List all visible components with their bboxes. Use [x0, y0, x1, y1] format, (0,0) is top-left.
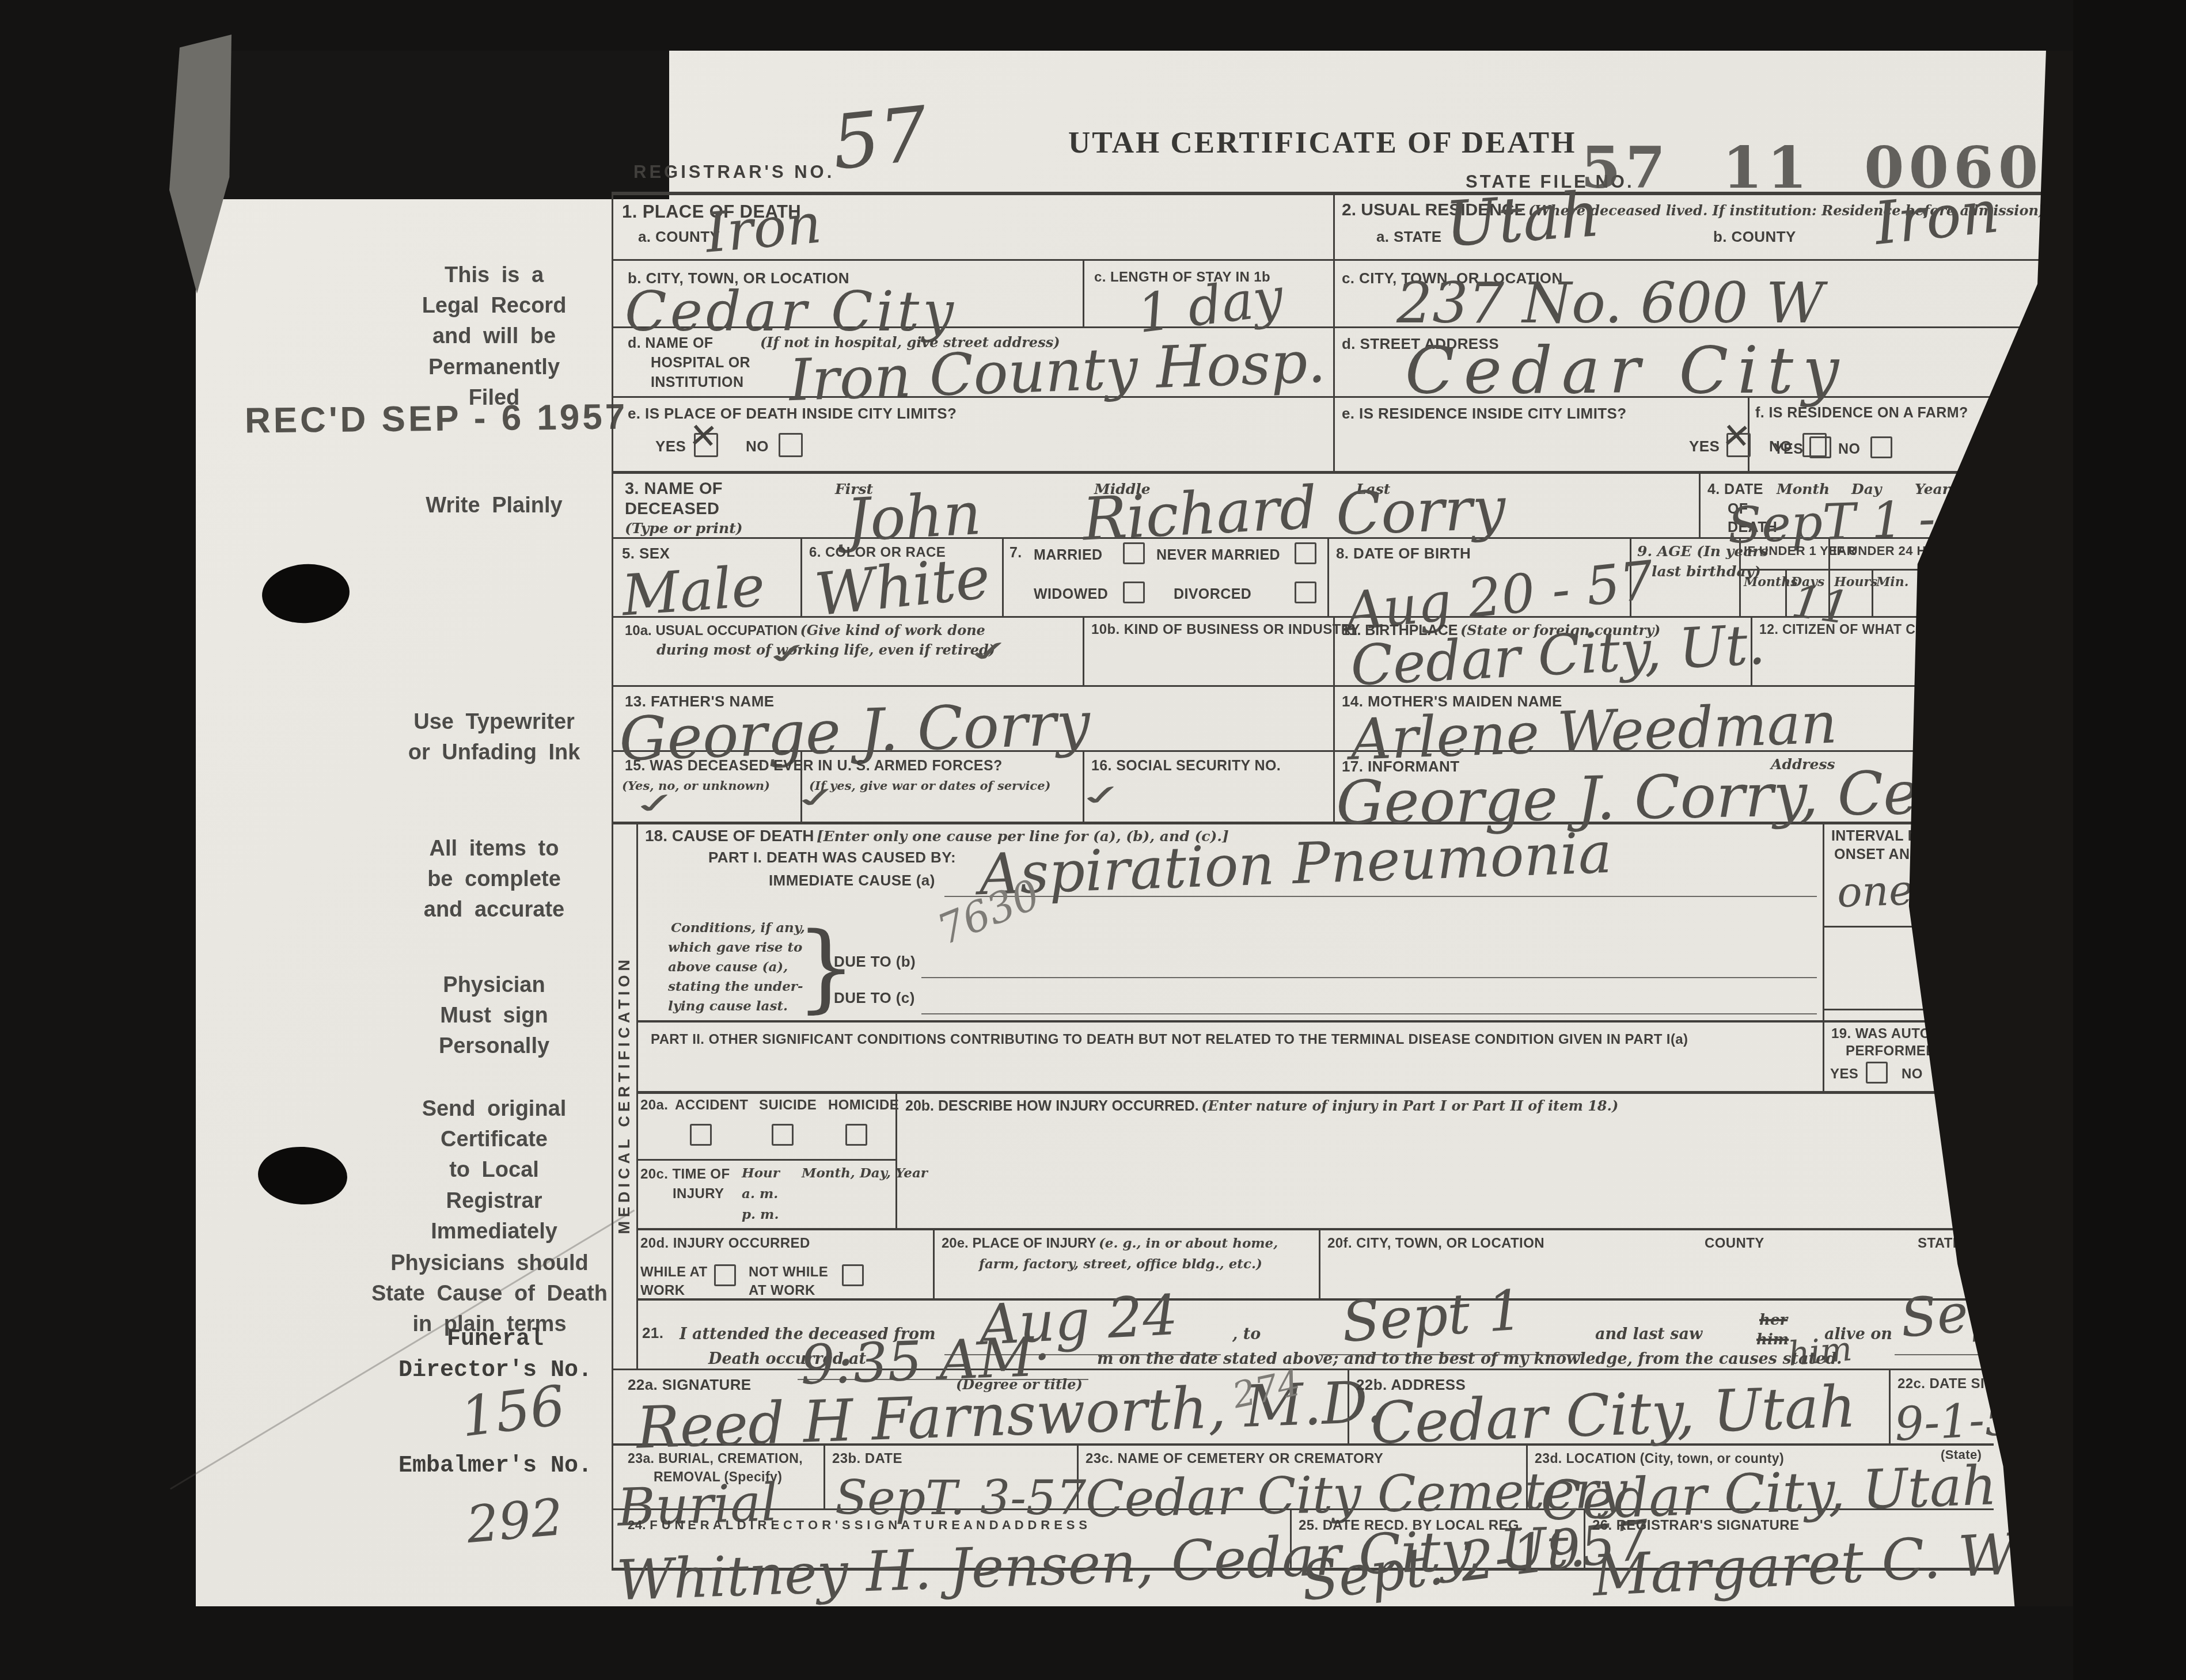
grid-line	[1083, 616, 1084, 685]
x-mark-2e-yes: ✕	[1721, 418, 1752, 454]
field-20c-label-1: 20c. TIME OF	[640, 1166, 730, 1183]
field-3-hint: (Type or print)	[625, 520, 743, 537]
registrar-no-label: REGISTRAR'S NO.	[633, 162, 834, 183]
field-1e-label: e. IS PLACE OF DEATH INSIDE CITY LIMITS?	[628, 405, 957, 423]
send-original-note: Send original Certificate to Local Regis…	[373, 1094, 615, 1247]
conditions-note-line: which gave rise to	[668, 940, 802, 955]
grid-line	[1333, 750, 1335, 822]
suicide-label: SUICIDE	[759, 1097, 817, 1113]
field-1d-value: Iron County Hosp.	[788, 333, 1327, 409]
field-20a-num: 20a.	[640, 1097, 668, 1113]
grid-line	[800, 537, 802, 616]
field-1d-label-1: d. NAME OF	[628, 335, 713, 352]
hour-label: Hour	[742, 1165, 780, 1181]
grid-line	[933, 1228, 935, 1298]
months-label: Months	[1744, 575, 1798, 590]
field-23b-value: SepT. 3-57	[835, 1475, 1086, 1522]
conditions-note-line: Conditions, if any,	[671, 920, 805, 936]
field-3-title-1: 3. NAME OF	[625, 480, 723, 499]
field-2d-value: Cedar City	[1405, 339, 1848, 403]
field-10a-label: 10a. USUAL OCCUPATION	[625, 623, 798, 638]
attended-text-4: m on the date stated above; and to the b…	[1097, 1350, 1842, 1368]
first-name-value: John	[845, 485, 982, 550]
attended-to-value: Sept 1	[1340, 1282, 1524, 1350]
field-2e-label: e. IS RESIDENCE INSIDE CITY LIMITS?	[1342, 405, 1627, 423]
struck-pronoun: her	[1759, 1312, 1787, 1329]
field-10a-hint-2: during most of working life, even if ret…	[656, 641, 995, 658]
homicide-label: HOMICIDE	[828, 1097, 899, 1113]
field-2b-value: Iron	[1872, 183, 2002, 254]
checkbox-homicide	[845, 1124, 867, 1146]
grid-line	[612, 259, 2041, 261]
checkbox-1e-no	[779, 433, 803, 457]
am-label: a. m.	[742, 1186, 778, 1202]
grid-line	[612, 192, 2041, 195]
grid-line	[1083, 259, 1084, 326]
field-23b-label: 23b. DATE	[832, 1451, 902, 1467]
checkbox-2f-no	[1870, 436, 1892, 458]
never-married-label: NEVER MARRIED	[1156, 547, 1280, 564]
widowed-label: WIDOWED	[1034, 586, 1108, 603]
registrar-no-value: 57	[829, 96, 931, 181]
while-at-work-label-2: WORK	[640, 1283, 685, 1299]
not-while-label-2: AT WORK	[749, 1283, 815, 1299]
part1-label: PART I. DEATH WAS CAUSED BY:	[708, 849, 956, 866]
attended-to-label: , to	[1232, 1325, 1261, 1343]
scan-shadow-top	[196, 51, 669, 199]
grid-line	[1823, 822, 1824, 1091]
field-10a-hint-1: (Give kind of work done	[800, 622, 985, 638]
grid-line	[612, 471, 2041, 474]
grid-line	[1319, 1228, 1320, 1298]
field-24-label: 24. F U N E R A L D I R E C T O R ' S S …	[628, 1518, 1087, 1533]
field-6-value: White	[813, 548, 993, 625]
grid-line	[636, 1228, 1994, 1230]
grid-line	[1889, 1369, 1891, 1443]
conditions-note-line: stating the under-	[668, 979, 803, 994]
funeral-director-no-value: 156	[458, 1378, 568, 1445]
grid-line	[1699, 471, 1701, 538]
field-4-label-1: 4. DATE	[1707, 481, 1763, 498]
checkbox-never-married	[1295, 542, 1316, 564]
physician-sign-note: Physician Must sign Personally	[373, 970, 615, 1062]
grid-line	[636, 1159, 895, 1161]
checkbox-suicide	[772, 1124, 794, 1146]
checkbox-accident	[690, 1124, 712, 1146]
due-to-b-label: DUE TO (b)	[834, 953, 916, 971]
field-2a-value: Utah	[1444, 184, 1602, 256]
yes-label: YES	[1830, 1066, 1858, 1082]
field-1d-label-3: INSTITUTION	[651, 374, 743, 391]
no-label: NO	[746, 438, 769, 455]
field-2c-value: 237 No. 600 W	[1396, 275, 1824, 332]
month-day-year-label: Month, Day, Year	[802, 1165, 928, 1181]
checkbox-2f-yes	[1809, 436, 1831, 458]
accident-label: ACCIDENT	[675, 1097, 748, 1113]
checkbox-divorced	[1295, 581, 1316, 603]
field-20d-label: 20d. INJURY OCCURRED	[640, 1236, 810, 1252]
grid-line	[1002, 537, 1004, 616]
write-plainly-note: Write Plainly	[373, 491, 615, 521]
attended-text-2: and last saw	[1595, 1325, 1702, 1343]
field-5-label: 5. SEX	[622, 545, 670, 562]
x-mark-1e-yes: ✕	[688, 418, 719, 454]
pm-label: p. m.	[742, 1207, 779, 1222]
not-while-label-1: NOT WHILE	[749, 1264, 828, 1280]
field-10b-label: 10b. KIND OF BUSINESS OR INDUSTRY	[1091, 622, 1360, 638]
legal-record-note: This is a Legal Record and will be Perma…	[373, 260, 615, 413]
county-column-label: COUNTY	[1705, 1236, 1764, 1252]
grid-line	[612, 685, 1994, 687]
min-label: Min.	[1876, 575, 1908, 590]
field-20f-label: 20f. CITY, TOWN, OR LOCATION	[1327, 1236, 1544, 1252]
field-2b-label: b. COUNTY	[1713, 228, 1796, 246]
checkbox-19-yes	[1866, 1062, 1888, 1084]
grid-line	[1333, 685, 1335, 750]
field-1a-value: Iron	[703, 196, 823, 261]
write-line-cause-c	[921, 1013, 1817, 1014]
field-20e-label: 20e. PLACE OF INJURY	[942, 1236, 1096, 1251]
last-name-value: Corry	[1335, 480, 1506, 544]
grid-line	[636, 1298, 1994, 1301]
field-21-num: 21.	[642, 1324, 663, 1342]
divorced-label: DIVORCED	[1174, 586, 1251, 603]
immediate-cause-label: IMMEDIATE CAUSE (a)	[769, 872, 935, 890]
field-1b-value: Cedar City	[625, 285, 957, 340]
scanned-death-certificate: This is a Legal Record and will be Perma…	[0, 0, 2186, 1680]
checkbox-married	[1123, 542, 1145, 564]
checkbox-while-at-work	[714, 1264, 736, 1286]
field-20e-hint-2: farm, factory, street, office bldg., etc…	[979, 1256, 1262, 1272]
checkbox-widowed	[1123, 581, 1145, 603]
field-15-hint-b: (If yes, give war or dates of service)	[809, 778, 1050, 793]
field-20b-label: 20b. DESCRIBE HOW INJURY OCCURRED.	[905, 1098, 1199, 1114]
conditions-note-line: lying cause last.	[668, 998, 788, 1014]
field-23a-label-1: 23a. BURIAL, CREMATION,	[628, 1451, 803, 1466]
field-1d-label-2: HOSPITAL OR	[651, 355, 750, 371]
field-8-label: 8. DATE OF BIRTH	[1336, 545, 1471, 562]
checkbox-not-while-at-work	[842, 1264, 864, 1286]
grid-line	[1333, 192, 1335, 472]
while-at-work-label-1: WHILE AT	[640, 1264, 708, 1280]
field-20e-hint-1: (e. g., in or about home,	[1099, 1236, 1278, 1251]
due-to-c-label: DUE TO (c)	[834, 989, 915, 1007]
printed-pronoun: him	[1756, 1331, 1789, 1348]
field-20b-hint: (Enter nature of injury in Part I or Par…	[1201, 1097, 1618, 1114]
field-20c-label-2: INJURY	[673, 1186, 724, 1202]
conditions-note-line: above cause (a),	[668, 959, 788, 975]
no-label: NO	[1902, 1066, 1923, 1082]
attended-text-3: alive on	[1824, 1325, 1892, 1343]
typewriter-note: Use Typewriter or Unfading Ink	[373, 707, 615, 768]
grid-line	[636, 1091, 1994, 1094]
medical-certification-sidebar: MEDICAL CERTIFICATION	[612, 827, 637, 1363]
married-label: MARRIED	[1034, 547, 1102, 564]
field-18-label: 18. CAUSE OF DEATH	[645, 827, 814, 845]
received-date-stamp: REC'D SEP - 6 1957	[245, 397, 628, 442]
part2-label: PART II. OTHER SIGNIFICANT CONDITIONS CO…	[651, 1032, 1688, 1048]
embalmer-no-label: Embalmer's No.	[346, 1451, 645, 1482]
field-22b-value: Cedar City, Utah	[1370, 1378, 1857, 1452]
complete-accurate-note: All items to be complete and accurate	[373, 834, 615, 926]
scan-background-right	[2073, 0, 2186, 1680]
grid-line	[1327, 537, 1329, 616]
field-2a-label: a. STATE	[1376, 228, 1441, 246]
yes-label: YES	[655, 438, 686, 455]
field-2f-label: f. IS RESIDENCE ON A FARM?	[1755, 405, 1968, 421]
embalmer-no-value: 292	[464, 1492, 565, 1550]
yes-label: YES	[1689, 438, 1720, 455]
field-16-label: 16. SOCIAL SECURITY NO.	[1091, 758, 1281, 774]
field-3-title-2: DECEASED	[625, 500, 719, 519]
no-label: NO	[1838, 441, 1860, 458]
yes-label: YES	[1774, 441, 1803, 458]
field-5-value: Male	[620, 558, 766, 624]
middle-name-value: Richard	[1081, 478, 1319, 549]
write-line-cause-b	[921, 977, 1817, 978]
certificate-title: UTAH CERTIFICATE OF DEATH	[1068, 126, 1576, 160]
field-7-num: 7.	[1009, 545, 1022, 561]
field-15-label: 15. WAS DECEASED EVER IN U. S. ARMED FOR…	[625, 758, 1003, 774]
field-26-label: 26. REGISTRAR'S SIGNATURE	[1592, 1518, 1799, 1534]
